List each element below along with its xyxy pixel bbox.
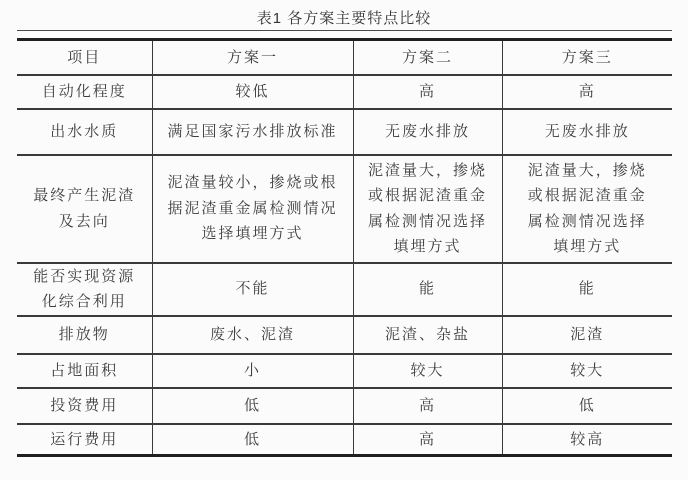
column-header-item: 项目: [17, 40, 152, 75]
row-label: 能否实现资源 化综合利用: [17, 263, 152, 316]
table-caption: 表1 各方案主要特点比较: [0, 7, 688, 28]
row-label: 运行费用: [17, 424, 152, 456]
header-row: 项目 方案一 方案二 方案三: [17, 40, 672, 75]
table-cell: 高: [353, 75, 502, 109]
table-row: 出水水质 满足国家污水排放标准 无废水排放 无废水排放: [17, 109, 672, 155]
table-cell: 高: [353, 388, 502, 424]
table-cell: 较大: [353, 354, 502, 388]
column-header-scheme3: 方案三: [502, 40, 672, 75]
table-row: 占地面积 小 较大 较大: [17, 354, 672, 388]
table-cell: 无废水排放: [502, 109, 672, 155]
table-cell: 泥渣: [502, 316, 672, 354]
caption-divider-rule: [17, 30, 672, 31]
comparison-table: 项目 方案一 方案二 方案三 自动化程度 较低 高 高 出水水质 满足国家污水排…: [17, 38, 672, 457]
row-label: 排放物: [17, 316, 152, 354]
table-cell: 泥渣、杂盐: [353, 316, 502, 354]
table-cell: 能: [502, 263, 672, 316]
table-row: 最终产生泥渣 及去向 泥渣量较小，掺烧或根 据泥渣重金属检测情况 选择填埋方式 …: [17, 155, 672, 263]
table-cell: 高: [502, 75, 672, 109]
table-container: 项目 方案一 方案二 方案三 自动化程度 较低 高 高 出水水质 满足国家污水排…: [17, 30, 672, 457]
table-row: 投资费用 低 高 低: [17, 388, 672, 424]
table-cell: 废水、泥渣: [152, 316, 353, 354]
table-cell: 无废水排放: [353, 109, 502, 155]
column-header-scheme2: 方案二: [353, 40, 502, 75]
row-label: 自动化程度: [17, 75, 152, 109]
table-cell: 较大: [502, 354, 672, 388]
table-cell: 较低: [152, 75, 353, 109]
table-cell: 高: [353, 424, 502, 456]
table-cell: 泥渣量大，掺烧 或根据泥渣重金 属检测情况选择 填埋方式: [353, 155, 502, 263]
table-cell: 泥渣量大，掺烧 或根据泥渣重金 属检测情况选择 填埋方式: [502, 155, 672, 263]
table-cell: 泥渣量较小，掺烧或根 据泥渣重金属检测情况 选择填埋方式: [152, 155, 353, 263]
table-row: 自动化程度 较低 高 高: [17, 75, 672, 109]
table-cell: 满足国家污水排放标准: [152, 109, 353, 155]
column-header-scheme1: 方案一: [152, 40, 353, 75]
table-cell: 不能: [152, 263, 353, 316]
table-row: 能否实现资源 化综合利用 不能 能 能: [17, 263, 672, 316]
row-label: 最终产生泥渣 及去向: [17, 155, 152, 263]
table-cell: 小: [152, 354, 353, 388]
table-cell: 低: [502, 388, 672, 424]
table-cell: 低: [152, 388, 353, 424]
table-cell: 低: [152, 424, 353, 456]
row-label: 投资费用: [17, 388, 152, 424]
row-label: 出水水质: [17, 109, 152, 155]
row-label: 占地面积: [17, 354, 152, 388]
table-row: 排放物 废水、泥渣 泥渣、杂盐 泥渣: [17, 316, 672, 354]
table-cell: 较高: [502, 424, 672, 456]
table-cell: 能: [353, 263, 502, 316]
table-row: 运行费用 低 高 较高: [17, 424, 672, 456]
